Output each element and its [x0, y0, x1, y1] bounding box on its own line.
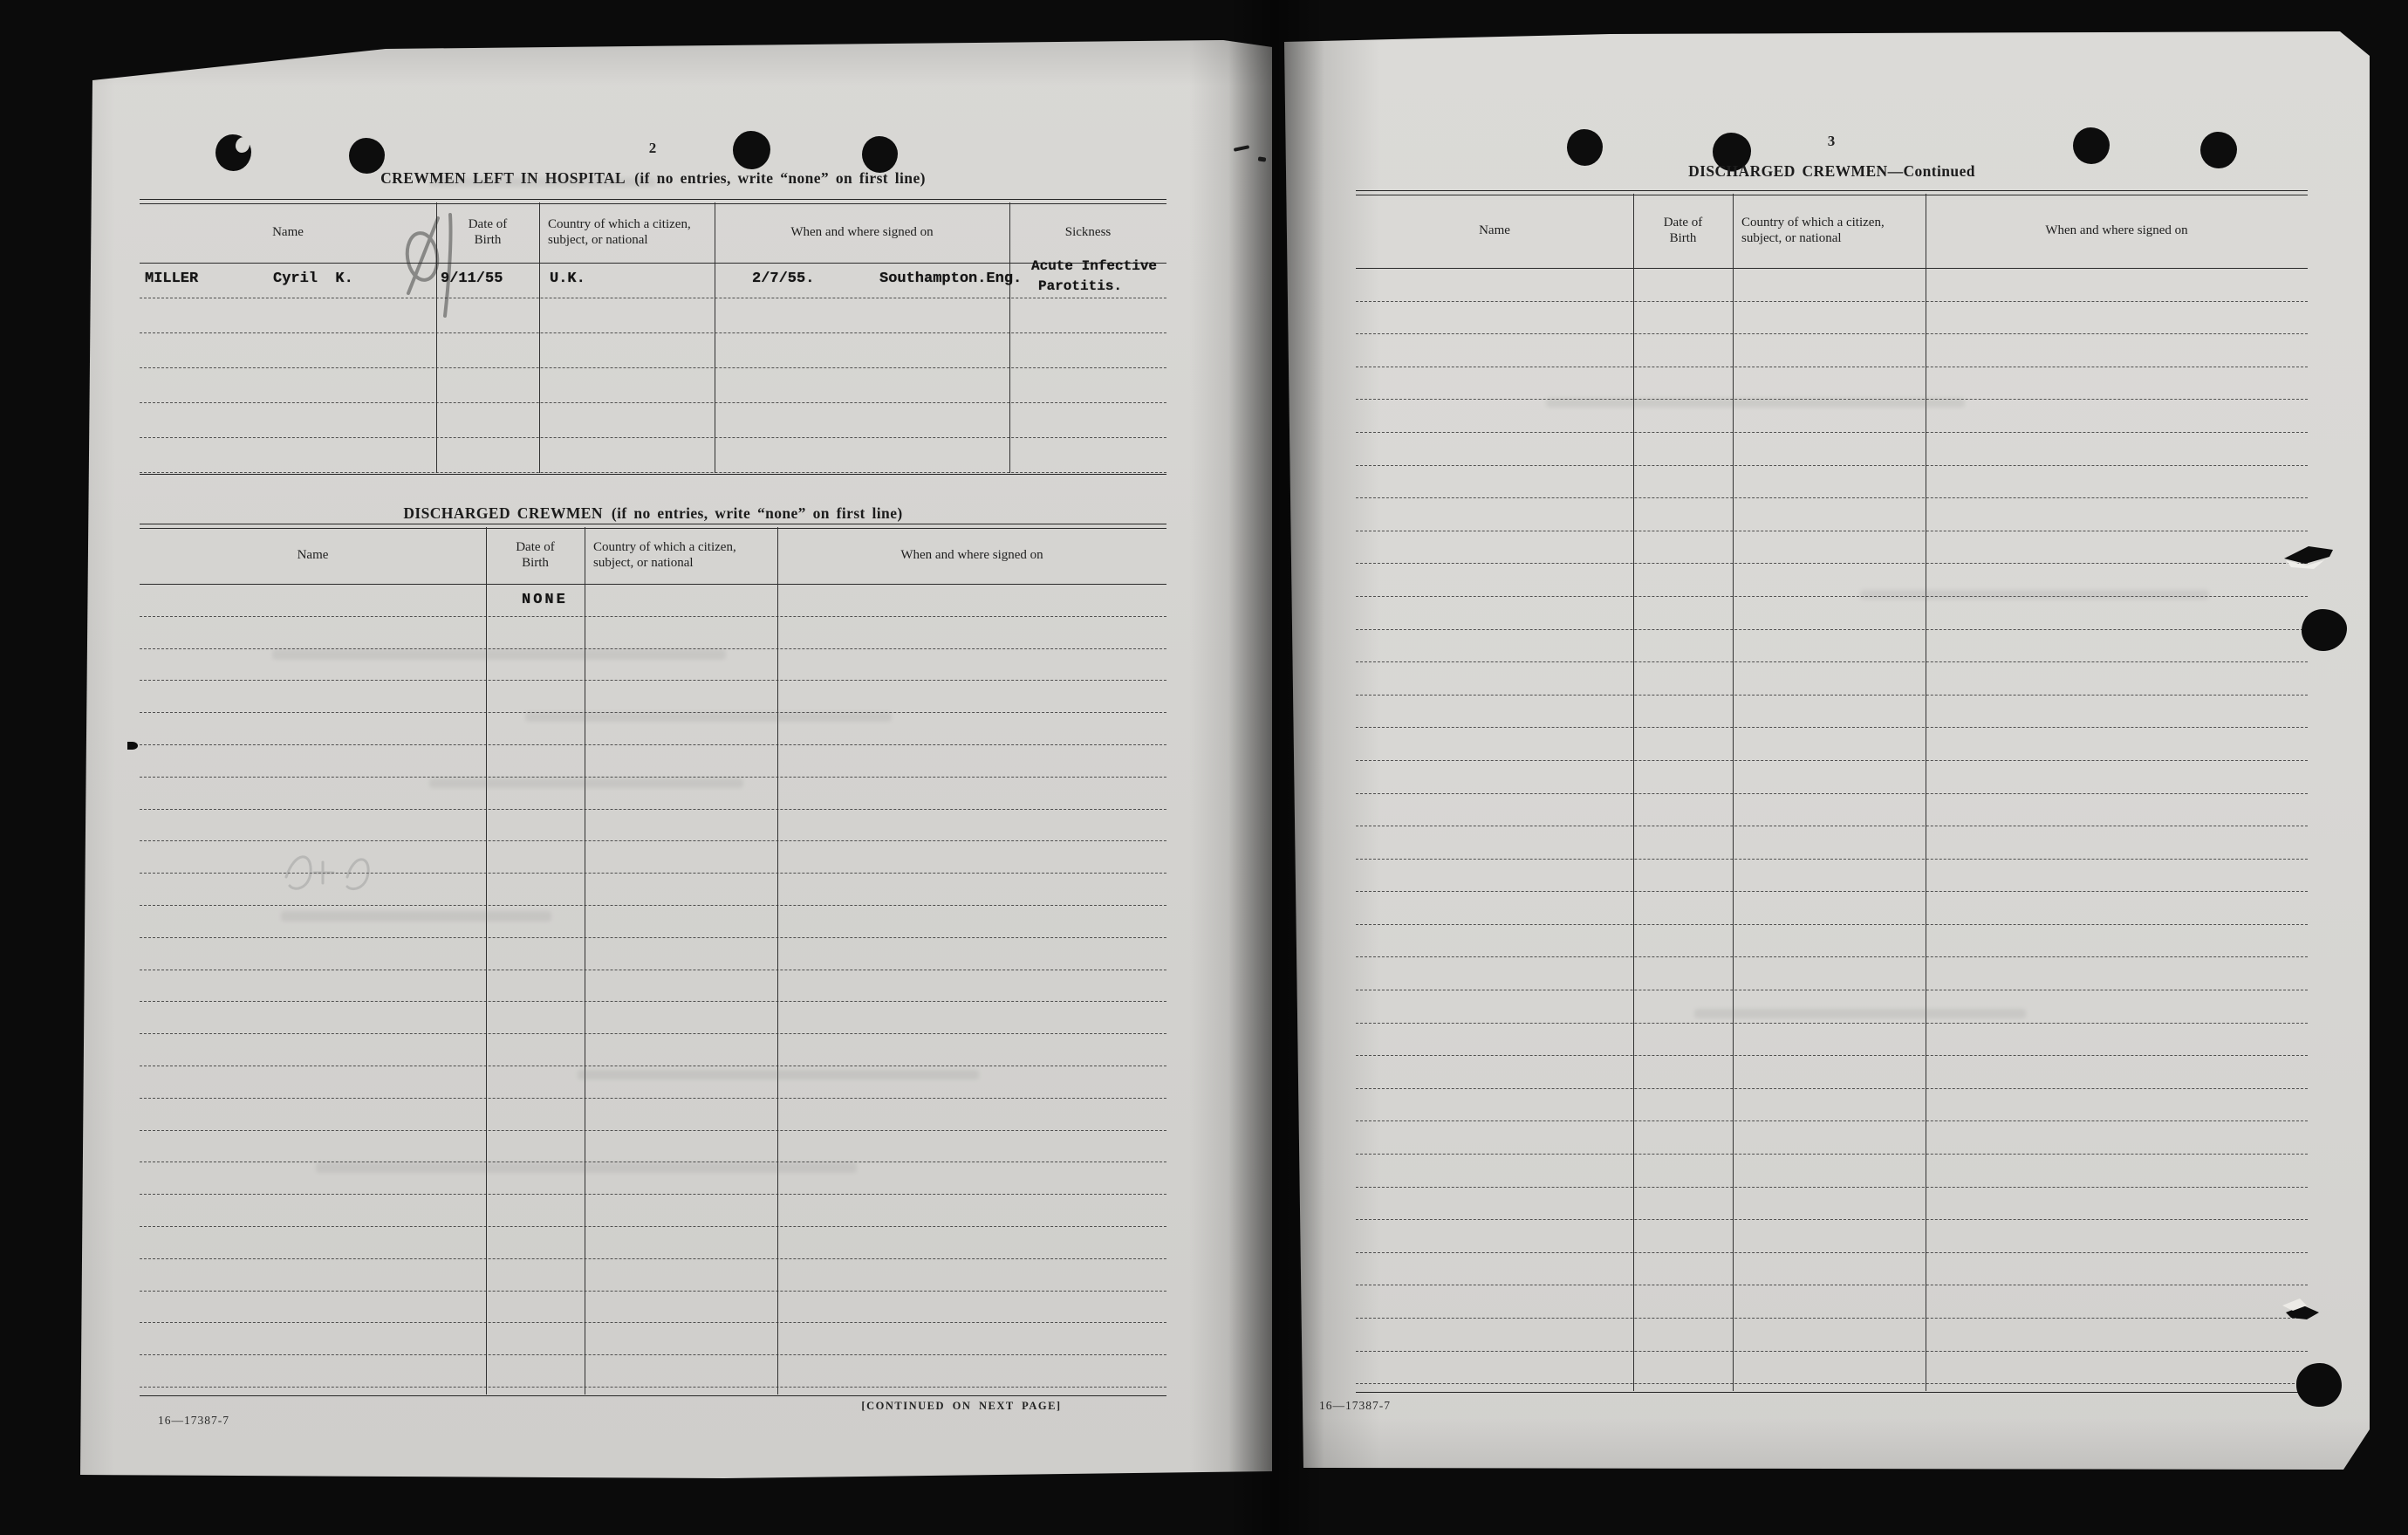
continued-table-title: DISCHARGED CREWMEN—Continued: [1356, 162, 2308, 181]
entry-country: U.K.: [550, 271, 585, 287]
ruled-row: [140, 649, 1166, 682]
ruled-row: [140, 1099, 1166, 1131]
discharged-title-main: DISCHARGED CREWMEN: [403, 504, 602, 522]
punch-hole: [215, 134, 251, 171]
ruled-row: [1356, 302, 2308, 335]
ruled-row: [1356, 597, 2308, 630]
ruled-row: [140, 970, 1166, 1003]
col-header-signed-on: When and where signed on: [1926, 194, 2308, 268]
ruled-row: [1356, 334, 2308, 367]
ruled-row: [1356, 1253, 2308, 1286]
column-divider: [1926, 194, 1926, 1391]
col-header-signed-on: When and where signed on: [715, 202, 1009, 263]
ruled-row: [1356, 925, 2308, 958]
ruled-row: [140, 438, 1166, 473]
punch-hole-chad: [236, 137, 250, 153]
handwritten-scribble: [401, 206, 462, 319]
ink-blob: [2296, 1363, 2342, 1407]
ruled-row: [140, 1259, 1166, 1292]
ruled-row: [140, 298, 1166, 333]
col-header-country: Country of which a citizen, subject, or …: [1733, 194, 1926, 268]
ruled-row: [140, 906, 1166, 938]
col-header-sickness: Sickness: [1009, 202, 1166, 263]
ruled-row: [1356, 269, 2308, 302]
hospital-table-header: Name Date of Birth Country of which a ci…: [140, 202, 1166, 264]
ghost-handwriting: [277, 838, 382, 903]
entry-surname: MILLER: [145, 271, 198, 287]
continued-table-header: Name Date of Birth Country of which a ci…: [1356, 194, 2308, 269]
punch-hole: [349, 138, 385, 174]
col-header-country: Country of which a citizen, subject, or …: [539, 202, 715, 263]
ruled-row: [140, 333, 1166, 368]
discharged-table-header: Name Date of Birth Country of which a ci…: [140, 527, 1166, 585]
ruled-row: [1356, 761, 2308, 794]
ruled-row: [140, 368, 1166, 403]
discharged-table-rows: [140, 585, 1166, 1388]
paper-tear: [2279, 538, 2340, 572]
ruled-row: [1356, 1319, 2308, 1352]
discharged-table: Name Date of Birth Country of which a ci…: [140, 524, 1166, 1396]
ruled-row: [1356, 1024, 2308, 1057]
discharged-title-note: (if no entries, write “none” on first li…: [612, 504, 903, 522]
column-divider: [539, 202, 540, 473]
ruled-row: [1356, 696, 2308, 729]
ruled-row: [140, 681, 1166, 713]
hospital-title-main: CREWMEN LEFT IN HOSPITAL: [380, 169, 626, 187]
col-header-signed-on: When and where signed on: [777, 527, 1166, 584]
manifest-page-3: 3 DISCHARGED CREWMEN—Continued Name Date…: [1284, 31, 2370, 1470]
ruled-row: [1356, 630, 2308, 663]
manifest-page-2: 2 CREWMEN LEFT IN HOSPITAL(if no entries…: [54, 38, 1272, 1478]
column-divider: [1009, 202, 1010, 473]
ruled-row: [1356, 860, 2308, 893]
ruled-row: [1356, 826, 2308, 860]
ruled-row: [1356, 1121, 2308, 1155]
ruled-row: [1356, 728, 2308, 761]
ruled-row: [140, 713, 1166, 745]
ruled-row: [140, 1131, 1166, 1163]
pen-mark: [1258, 156, 1267, 161]
ruled-row: [1356, 794, 2308, 827]
ruled-row: [1356, 400, 2308, 433]
hospital-table-rows: [140, 264, 1166, 473]
ruled-row: [140, 745, 1166, 778]
ruled-row: [140, 1323, 1166, 1355]
column-divider: [1733, 194, 1734, 1391]
ruled-row: [140, 1002, 1166, 1034]
punch-hole: [733, 131, 770, 169]
ruled-row: [1356, 531, 2308, 565]
column-divider: [486, 527, 487, 1395]
ruled-row: [1356, 1089, 2308, 1122]
entry-signed-on-date: 2/7/55.: [752, 271, 814, 287]
ruled-row: [140, 810, 1166, 842]
punch-hole: [2073, 127, 2110, 164]
form-number: 16—17387-7: [158, 1414, 229, 1428]
ruled-row: [1356, 367, 2308, 401]
ruled-row: [140, 1227, 1166, 1259]
ruled-row: [140, 1066, 1166, 1099]
entry-signed-on-place: Southampton.Eng.: [879, 271, 1022, 287]
column-divider: [777, 527, 778, 1395]
ruled-row: [140, 1162, 1166, 1195]
ruled-row: [140, 1195, 1166, 1227]
ruled-row: [1356, 498, 2308, 531]
ruled-row: [1356, 466, 2308, 499]
entry-sickness-line1: Acute Infective: [1031, 257, 1157, 277]
ruled-row: [1356, 1352, 2308, 1385]
ruled-row: [140, 1292, 1166, 1324]
ruled-row: [1356, 990, 2308, 1024]
ruled-row: [140, 1034, 1166, 1066]
col-header-dob: Date of Birth: [1633, 194, 1733, 268]
ruled-row: [140, 1355, 1166, 1388]
ink-blob: [2302, 609, 2347, 651]
column-divider: [715, 202, 715, 473]
col-header-country: Country of which a citizen, subject, or …: [585, 527, 777, 584]
entry-none: NONE: [522, 592, 568, 608]
entry-given-name: Cyril K.: [273, 271, 353, 287]
ruled-row: [1356, 662, 2308, 696]
punch-hole: [1567, 129, 1603, 166]
table-bottom-rule: [140, 474, 1166, 475]
scanned-crew-manifest: { "scan": { "background_color": "#0b0b0b…: [0, 0, 2408, 1535]
ruled-row: [140, 403, 1166, 438]
col-header-name: Name: [140, 527, 486, 584]
col-header-name: Name: [1356, 194, 1633, 268]
ruled-row: [1356, 1285, 2308, 1319]
hospital-table-title: CREWMEN LEFT IN HOSPITAL(if no entries, …: [140, 169, 1166, 188]
hospital-table: Name Date of Birth Country of which a ci…: [140, 199, 1166, 475]
ruled-row: [1356, 564, 2308, 597]
ruled-row: [1356, 1188, 2308, 1221]
discharged-table-title: DISCHARGED CREWMEN(if no entries, write …: [140, 504, 1166, 523]
ruled-row: [1356, 433, 2308, 466]
form-number: 16—17387-7: [1319, 1399, 1391, 1413]
ruled-row: [140, 938, 1166, 970]
col-header-name: Name: [140, 202, 436, 263]
ruled-row: [1356, 892, 2308, 925]
col-header-dob: Date of Birth: [486, 527, 585, 584]
ruled-row: [1356, 1155, 2308, 1188]
table-bottom-rule: [140, 1395, 1166, 1396]
table-bottom-rule: [1356, 1392, 2308, 1393]
ruled-row: [140, 778, 1166, 810]
punch-hole: [862, 136, 898, 173]
continued-table-rows: [1356, 269, 2308, 1384]
paper-tear: [2277, 1295, 2329, 1330]
ruled-row: [1356, 957, 2308, 990]
column-divider: [1633, 194, 1634, 1391]
continued-on-next-page-note: [CONTINUED ON NEXT PAGE]: [804, 1400, 1118, 1413]
ruled-row: [140, 585, 1166, 617]
entry-sickness-line2: Parotitis.: [1038, 277, 1122, 297]
page-number: 3: [1814, 133, 1849, 150]
discharged-continued-table: Name Date of Birth Country of which a ci…: [1356, 190, 2308, 1393]
hospital-title-note: (if no entries, write “none” on first li…: [634, 169, 926, 187]
ruled-row: [140, 617, 1166, 649]
page-number: 2: [635, 140, 670, 157]
ruled-row: [1356, 1220, 2308, 1253]
column-divider: [585, 527, 585, 1395]
edge-speck: [127, 742, 138, 750]
ruled-row: [1356, 1056, 2308, 1089]
